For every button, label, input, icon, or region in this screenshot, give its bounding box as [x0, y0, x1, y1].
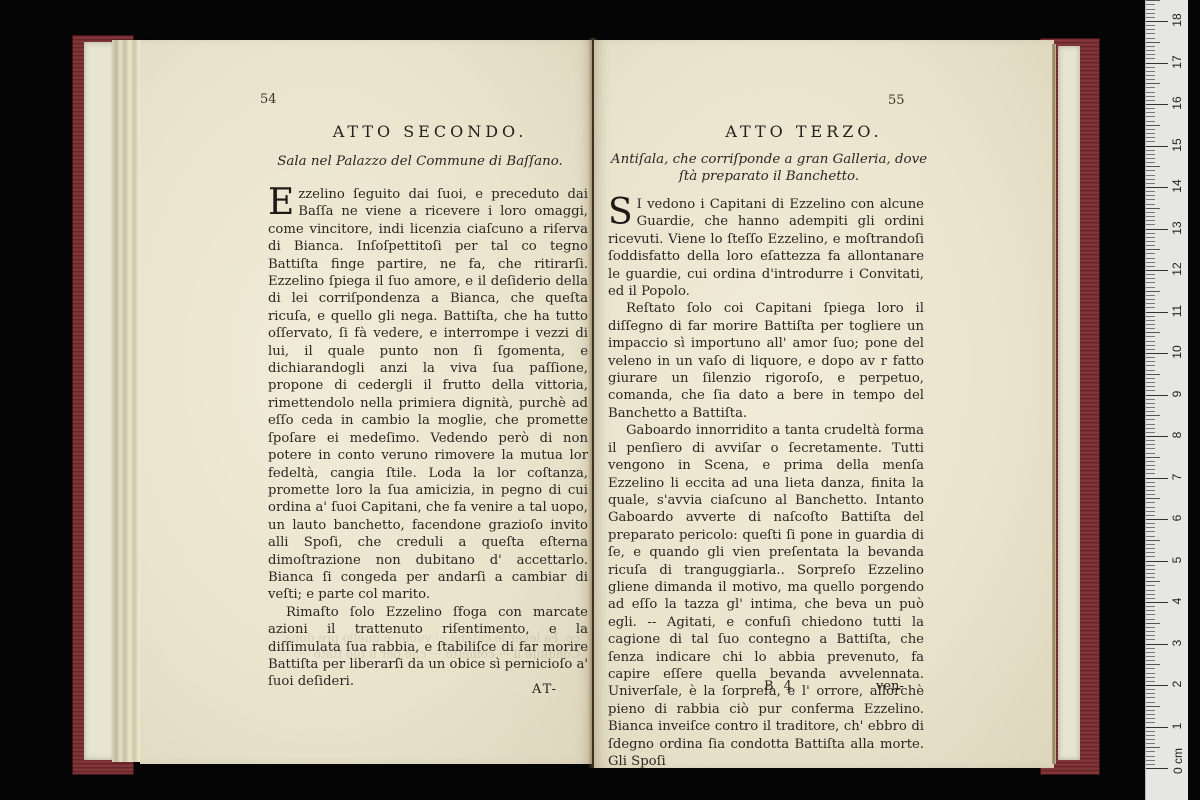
- ruler-tick: [1146, 689, 1155, 690]
- ruler-tick: [1146, 635, 1155, 636]
- ruler-tick: [1146, 258, 1155, 259]
- ruler-tick: [1146, 150, 1155, 151]
- ruler-tick: [1146, 229, 1168, 230]
- ruler-tick: [1146, 747, 1160, 748]
- ruler-tick: [1146, 668, 1155, 669]
- ruler-tick: [1146, 17, 1155, 18]
- ruler-tick: [1146, 710, 1155, 711]
- ruler-tick: [1146, 129, 1155, 130]
- ruler-tick: [1146, 374, 1160, 375]
- ruler-tick: [1146, 478, 1168, 479]
- act-title: ATTO SECONDO.: [280, 122, 580, 141]
- ruler-tick: [1146, 465, 1155, 466]
- ruler-tick: [1146, 216, 1155, 217]
- ruler-tick: [1146, 54, 1155, 55]
- ruler-tick: [1146, 702, 1155, 703]
- ruler-tick: [1146, 162, 1155, 163]
- ruler-tick: [1146, 345, 1155, 346]
- page-number: 55: [888, 93, 905, 108]
- ruler-tick: [1146, 656, 1155, 657]
- ruler-label: 10: [1170, 343, 1184, 361]
- ruler-tick: [1146, 648, 1155, 649]
- ruler-tick: [1146, 411, 1155, 412]
- ruler-tick: [1146, 121, 1155, 122]
- ruler-tick: [1146, 67, 1155, 68]
- ruler-tick: [1146, 760, 1155, 761]
- ruler-tick: [1146, 341, 1155, 342]
- scene-description: Antiſala, che corriſponde a gran Galleri…: [604, 151, 934, 185]
- ruler-tick: [1146, 220, 1155, 221]
- ruler-tick: [1146, 494, 1155, 495]
- ruler-tick: [1146, 50, 1155, 51]
- ruler-tick: [1146, 87, 1155, 88]
- ruler-label: 9: [1170, 385, 1184, 403]
- ruler-tick: [1146, 312, 1168, 313]
- ruler-tick: [1146, 585, 1155, 586]
- ruler-tick: [1146, 540, 1160, 541]
- ruler-tick: [1146, 561, 1168, 562]
- ruler-tick: [1146, 469, 1155, 470]
- paragraph: Rimaſto ſolo Ezzelino ſfoga con marcate …: [268, 604, 588, 691]
- ruler-tick: [1146, 623, 1160, 624]
- ruler-tick: [1146, 332, 1160, 333]
- catchword: AT-: [532, 682, 558, 697]
- ruler-label: 5: [1170, 551, 1184, 569]
- ruler-tick: [1146, 133, 1155, 134]
- ruler-tick: [1146, 320, 1155, 321]
- ruler-tick: [1146, 208, 1160, 209]
- ruler-tick: [1146, 714, 1155, 715]
- ruler-tick: [1146, 565, 1155, 566]
- ruler-tick: [1146, 96, 1155, 97]
- ruler-label: 2: [1170, 675, 1184, 693]
- ruler-label: 6: [1170, 509, 1184, 527]
- ruler-tick: [1146, 141, 1155, 142]
- ruler-tick: [1146, 731, 1155, 732]
- ruler-tick: [1146, 544, 1155, 545]
- ruler-tick: [1146, 92, 1155, 93]
- ruler-label: 1: [1170, 717, 1184, 735]
- ruler-tick: [1146, 386, 1155, 387]
- ruler-tick: [1146, 706, 1160, 707]
- ruler-tick: [1146, 482, 1155, 483]
- drop-cap-initial: S: [608, 198, 633, 228]
- ruler-tick: [1146, 527, 1155, 528]
- ruler-tick: [1146, 191, 1155, 192]
- ruler-tick: [1146, 146, 1168, 147]
- paragraph: zzelino ſeguito dai ſuoi, e preceduto da…: [268, 187, 588, 602]
- ruler-tick: [1146, 486, 1155, 487]
- ruler-tick: [1146, 764, 1155, 765]
- signature-mark: B 4: [764, 679, 795, 694]
- ruler-tick: [1146, 768, 1168, 769]
- ruler-tick: [1146, 282, 1155, 283]
- ruler-tick: [1146, 395, 1168, 396]
- ruler-label: 3: [1170, 634, 1184, 652]
- ruler-tick: [1146, 515, 1155, 516]
- ruler-label: 18: [1170, 11, 1184, 29]
- page-number: 54: [260, 92, 277, 107]
- ruler-tick: [1146, 448, 1155, 449]
- ruler-tick: [1146, 424, 1155, 425]
- ruler-label: 4: [1170, 592, 1184, 610]
- ruler-tick: [1146, 536, 1155, 537]
- scene-description: Sala nel Palazzo del Commune di Baſſano.: [255, 153, 585, 170]
- ruler-tick: [1146, 274, 1155, 275]
- right-page-edge: [1052, 44, 1056, 764]
- ruler-tick: [1146, 324, 1155, 325]
- ruler-tick: [1146, 407, 1155, 408]
- ruler-tick: [1146, 552, 1155, 553]
- ruler-tick: [1146, 125, 1160, 126]
- paragraph: Reſtato ſolo coi Capitani ſpiega loro il…: [608, 300, 924, 422]
- ruler-tick: [1146, 158, 1155, 159]
- ruler-tick: [1146, 685, 1168, 686]
- ruler-tick: [1146, 610, 1155, 611]
- ruler-tick: [1146, 652, 1155, 653]
- ruler-tick: [1146, 266, 1155, 267]
- ruler-tick: [1146, 727, 1168, 728]
- ruler-tick: [1146, 212, 1155, 213]
- ruler-tick: [1146, 79, 1155, 80]
- ruler-tick: [1146, 619, 1155, 620]
- ruler-tick: [1146, 436, 1168, 437]
- paragraph: I vedono i Capitani di Ezzelino con alcu…: [608, 197, 924, 299]
- ruler-label: 13: [1170, 219, 1184, 237]
- ruler-tick: [1146, 473, 1155, 474]
- ruler-tick: [1146, 262, 1155, 263]
- ruler-tick: [1146, 187, 1168, 188]
- ruler-tick: [1146, 428, 1155, 429]
- ruler-tick: [1146, 295, 1155, 296]
- ruler-tick: [1146, 104, 1168, 105]
- ruler-tick: [1146, 328, 1155, 329]
- ruler-tick: [1146, 415, 1160, 416]
- ruler-tick: [1146, 29, 1155, 30]
- ruler-label: 8: [1170, 426, 1184, 444]
- ruler-label: 12: [1170, 260, 1184, 278]
- ruler-label: 17: [1170, 53, 1184, 71]
- ruler-tick: [1146, 743, 1155, 744]
- ruler-tick: [1146, 9, 1155, 10]
- ruler-tick: [1146, 511, 1155, 512]
- ruler-tick: [1146, 13, 1155, 14]
- ruler-label: 15: [1170, 136, 1184, 154]
- ruler-tick: [1146, 378, 1155, 379]
- ruler-tick: [1146, 519, 1168, 520]
- ruler-tick: [1146, 112, 1155, 113]
- ruler-label: 7: [1170, 468, 1184, 486]
- ruler-tick: [1146, 303, 1155, 304]
- ruler-tick: [1146, 25, 1155, 26]
- ruler-tick: [1146, 71, 1155, 72]
- ruler-tick: [1146, 660, 1155, 661]
- ruler-tick: [1146, 108, 1155, 109]
- ruler-label: 16: [1170, 94, 1184, 112]
- ruler-tick: [1146, 233, 1155, 234]
- ruler-tick: [1146, 644, 1168, 645]
- ruler-tick: [1146, 224, 1155, 225]
- ruler-tick: [1146, 4, 1155, 5]
- ruler-tick: [1146, 249, 1160, 250]
- ruler-tick: [1146, 498, 1160, 499]
- ruler-tick: [1146, 453, 1155, 454]
- ruler-tick: [1146, 531, 1155, 532]
- ruler-tick: [1146, 175, 1155, 176]
- ruler-tick: [1146, 440, 1155, 441]
- ruler-tick: [1146, 548, 1155, 549]
- ruler-tick: [1146, 116, 1155, 117]
- drop-cap-initial: E: [268, 188, 294, 218]
- ruler-tick: [1146, 432, 1155, 433]
- ruler-tick: [1146, 590, 1155, 591]
- ruler-tick: [1146, 183, 1155, 184]
- ruler-tick: [1146, 365, 1155, 366]
- ruler-tick: [1146, 154, 1155, 155]
- ruler-tick: [1146, 739, 1155, 740]
- ruler-tick: [1146, 21, 1168, 22]
- ruler-tick: [1146, 573, 1155, 574]
- ruler-tick: [1146, 204, 1155, 205]
- ruler-tick: [1146, 291, 1160, 292]
- ruler-tick: [1146, 444, 1155, 445]
- ruler-tick: [1146, 735, 1155, 736]
- ruler-tick: [1146, 361, 1155, 362]
- ruler-tick: [1146, 594, 1155, 595]
- ruler-tick: [1146, 253, 1155, 254]
- ruler-tick: [1146, 399, 1155, 400]
- right-endpaper: [1058, 46, 1080, 760]
- ruler-tick: [1146, 490, 1155, 491]
- ruler-tick: [1146, 419, 1155, 420]
- act-title: ATTO TERZO.: [654, 122, 954, 141]
- measurement-ruler: 0 cm123456789101112131415161718: [1145, 0, 1188, 800]
- ruler-tick: [1146, 602, 1168, 603]
- right-page: 55 ATTO TERZO. Antiſala, che corriſponde…: [594, 40, 1054, 768]
- ruler-tick: [1146, 299, 1155, 300]
- ruler-tick: [1146, 100, 1155, 101]
- ruler-tick: [1146, 33, 1155, 34]
- ruler-tick: [1146, 270, 1168, 271]
- ruler-tick: [1146, 664, 1160, 665]
- ruler-tick: [1146, 598, 1155, 599]
- ruler-tick: [1146, 245, 1155, 246]
- ruler-tick: [1146, 502, 1155, 503]
- ruler-tick: [1146, 83, 1160, 84]
- ruler-tick: [1146, 0, 1160, 1]
- ruler-tick: [1146, 195, 1155, 196]
- ruler-tick: [1146, 631, 1155, 632]
- ruler-tick: [1146, 390, 1155, 391]
- paragraph: Gaboardo innorridito a tanta crudeltà fo…: [608, 422, 924, 770]
- ruler-label: 11: [1170, 302, 1184, 320]
- ruler-tick: [1146, 577, 1155, 578]
- ruler-tick: [1146, 627, 1155, 628]
- ruler-tick: [1146, 278, 1155, 279]
- ruler-tick: [1146, 382, 1155, 383]
- ruler-tick: [1146, 241, 1155, 242]
- ruler-tick: [1146, 46, 1155, 47]
- ruler-tick: [1146, 693, 1155, 694]
- ruler-tick: [1146, 697, 1155, 698]
- ruler-tick: [1146, 349, 1155, 350]
- ruler-tick: [1146, 38, 1155, 39]
- ruler-tick: [1146, 461, 1155, 462]
- ruler-tick: [1146, 357, 1155, 358]
- ruler-tick: [1146, 137, 1155, 138]
- left-page: ce. Fa lever le catene ··· vuole, e quel…: [140, 40, 592, 764]
- ruler-tick: [1146, 718, 1155, 719]
- catchword: ven-: [876, 679, 904, 694]
- ruler-tick: [1146, 237, 1155, 238]
- ruler-tick: [1146, 677, 1155, 678]
- ruler-label: 14: [1170, 177, 1184, 195]
- ruler-tick: [1146, 507, 1155, 508]
- ruler-tick: [1146, 751, 1155, 752]
- ruler-tick: [1146, 673, 1155, 674]
- ruler-tick: [1146, 307, 1155, 308]
- ruler-tick: [1146, 457, 1160, 458]
- ruler-tick: [1146, 179, 1155, 180]
- ruler-tick: [1146, 681, 1155, 682]
- ruler-tick: [1146, 199, 1155, 200]
- ruler-tick: [1146, 287, 1155, 288]
- ruler-tick: [1146, 316, 1155, 317]
- ruler-tick: [1146, 569, 1155, 570]
- ruler-tick: [1146, 581, 1160, 582]
- ruler-tick: [1146, 639, 1155, 640]
- ruler-tick: [1146, 370, 1155, 371]
- ruler-tick: [1146, 63, 1168, 64]
- ruler-tick: [1146, 170, 1155, 171]
- synopsis-text: Ezzelino ſeguito dai ſuoi, e preceduto d…: [268, 186, 588, 691]
- ruler-tick: [1146, 353, 1168, 354]
- ruler-tick: [1146, 403, 1155, 404]
- ruler-label: 0 cm: [1171, 741, 1185, 781]
- ruler-tick: [1146, 166, 1160, 167]
- ruler-tick: [1146, 606, 1155, 607]
- ruler-tick: [1146, 336, 1155, 337]
- ruler-tick: [1146, 756, 1155, 757]
- ruler-tick: [1146, 42, 1160, 43]
- book-photo-scene: ce. Fa lever le catene ··· vuole, e quel…: [0, 0, 1200, 800]
- ruler-tick: [1146, 58, 1155, 59]
- ruler-tick: [1146, 75, 1155, 76]
- ruler-tick: [1146, 556, 1155, 557]
- ruler-tick: [1146, 523, 1155, 524]
- ruler-tick: [1146, 614, 1155, 615]
- ruler-tick: [1146, 722, 1155, 723]
